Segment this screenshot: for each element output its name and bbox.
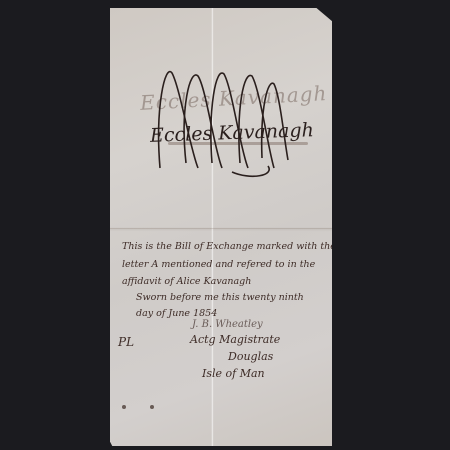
endorsement-line: This is the Bill of Exchange marked with…: [122, 241, 336, 252]
magistrate-title: Actg Magistrate: [190, 333, 280, 346]
ink-spot: [150, 405, 154, 409]
horizontal-fold-line: [110, 228, 332, 229]
magistrate-region: Isle of Man: [202, 367, 265, 380]
endorsement-line: affidavit of Alice Kavanagh: [122, 276, 251, 287]
magistrate-location: Douglas: [228, 350, 273, 363]
endorsement-line: Sworn before me this twenty ninth: [136, 292, 304, 303]
margin-initials: PL: [118, 335, 134, 349]
endorsement-line: letter A mentioned and refered to in the: [122, 259, 315, 270]
magistrate-signature: J. B. Wheatley: [192, 319, 263, 330]
document-paper: Eccles Kavanagh Eccles Kavanagh This is …: [110, 8, 332, 446]
endorsement-line: day of June 1854: [136, 308, 217, 319]
ink-spot: [122, 405, 126, 409]
